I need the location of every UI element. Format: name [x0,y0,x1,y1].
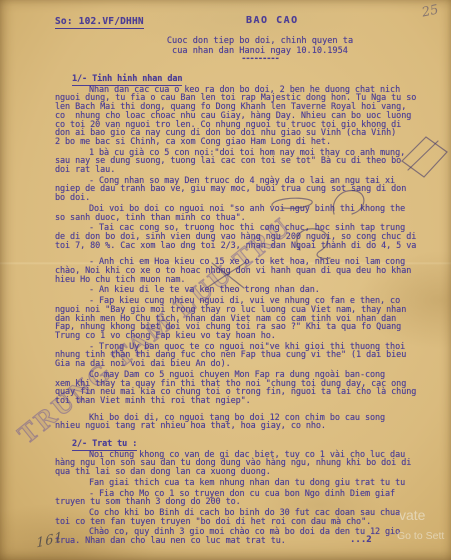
paragraph: - Fap kieu cung nhieu nguoi di, vui ve n… [55,297,447,341]
section-heading: 2/- Trat tu : [72,440,447,449]
handwritten-page-number: 25 [421,2,440,20]
text-line: Fan giai thich cua ta kem nhung nhan dan… [55,479,447,488]
paragraph: - Tai cac cong so, truong hoc thi cong c… [55,224,447,250]
paragraph: Doi voi bo doi co nguoi noi "so anh voi … [55,205,447,222]
paragraph: Fan giai thich cua ta kem nhung nhan dan… [55,479,447,488]
paragraph: Khi bo doi di, co nguoi tang bo doi 12 c… [55,414,447,431]
scanned-report-page: TRUNG TAM LUU TRU So: 102.VF/DHHN BAO CA… [0,0,451,560]
text-line: 2 bo me bac si Chinh, ca xom Cong giao H… [55,138,447,147]
text-line: qua thi lai so dan dong lan ca xuong duo… [55,468,447,477]
paragraph: 1 bà cu già co 5 con noi:"doi toi hom na… [55,149,447,175]
text-line: nhieu nguoi tang rat nhieu hoa that, hoa… [55,422,447,431]
text-line: so sanh duoc, tinh than minh co thua". [55,214,447,223]
text-line: bo doi. [55,194,447,203]
document-number: So: 102.VF/DHHN [55,16,144,29]
handwritten-archive-number: 161 [36,529,64,551]
document-body: 1/- Tinh hinh nhan danNhan dan cac cua o… [55,74,447,546]
section-heading: 1/- Tinh hinh nhan dan [72,75,447,84]
paragraph: Co may Dam co 5 nguoi chuyen Mon Fap ra … [55,371,447,406]
report-subtitle: Cuoc don tiep bo doi, chinh quyen ta cua… [150,36,370,63]
page-continuation-marker: ...2 [350,535,372,545]
text-line: - An kieu di le te va ken theo trong nha… [55,286,447,295]
subtitle-rule: --------- [150,56,370,63]
screen-watermark-line1: vate [399,507,425,523]
paragraph: - Cong nhan so may Den truoc do 4 ngày d… [55,177,447,203]
text-line: toi 7, 80 %. Cac xom lao dng toi 2/3, nh… [55,242,447,251]
text-line: doi rat lau. [55,166,447,175]
text-line: Trung co 1 vo chong Fap kieu vo tay hoan… [55,332,447,341]
paragraph: Co cho khi bo Binh di cach bo binh do 30… [55,509,447,526]
report-subtitle-line1: Cuoc don tiep bo doi, chinh quyen ta [150,36,370,46]
screen-watermark-line2: Go to Sett [397,530,444,542]
text-line: toi than Viet minh thi roi that ngiep". [55,397,447,406]
paragraph: Noi chung khong co van de gi dac biet, t… [55,451,447,477]
paragraph: - An kieu di le te va ken theo trong nha… [55,286,447,295]
text-line: trua. Nhan dan cho lau nen co luc mat tr… [55,537,447,546]
report-title: BAO CAO [246,15,299,26]
text-line: Gia na dai noi voi dai bieu An do). [55,360,447,369]
text-line: toi co ten fan tuyen truyen "bo doi di h… [55,518,447,527]
text-line: truyen tu som thanh 3 dong do 200 to. [55,498,447,507]
paragraph: - Fia cho Mo co 1 so truyen don cu cua b… [55,490,447,507]
paragraph: Nhan dan cac cua o keo ra don bo doi, 2 … [55,86,447,147]
text-line: ngiep de dau tranh bao ve, giu may moc, … [55,185,447,194]
paragraph: Chào co, quy dinh 3 gio moi chào co mà b… [55,528,447,545]
text-line: hieu Ho chu tich muon nam. [55,276,447,285]
paragraph: - Anh chi em Hoa kieu co 15 xe o to ket … [55,258,447,284]
paragraph: - Trong Uy ban quoc te co nguoi noi"ve k… [55,343,447,369]
